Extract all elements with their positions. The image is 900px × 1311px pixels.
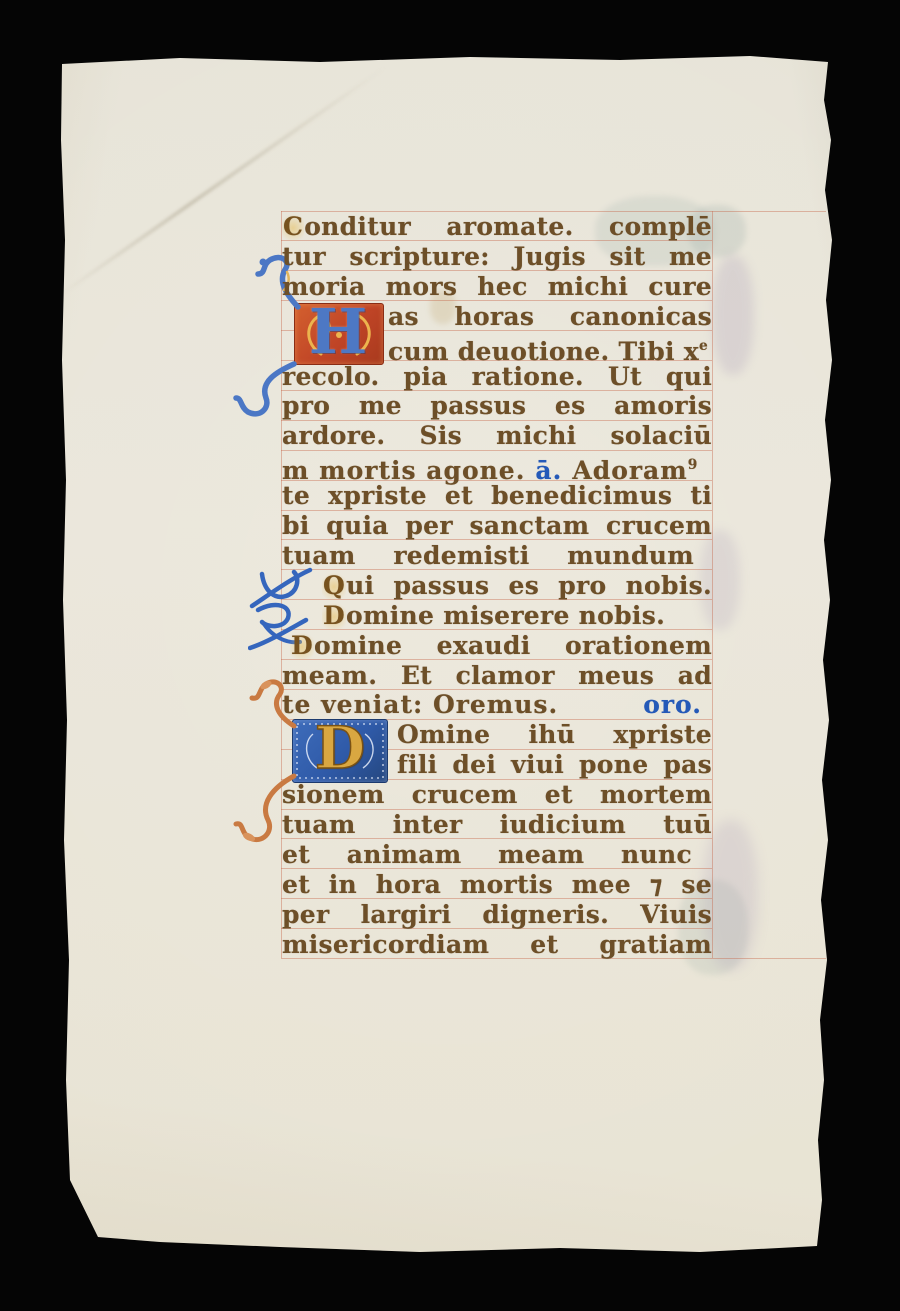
- manuscript-leaf: H D Co: [0, 0, 900, 1311]
- text-line-22: et animam meam nunc: [282, 840, 692, 869]
- ruling-line-vertical: [712, 211, 713, 959]
- text-line-4: as horas canonicas: [388, 302, 712, 331]
- text-line-7: pro me passus es amoris: [282, 391, 712, 420]
- text-line-6: recolo. pia ratione. Ut qui: [282, 362, 712, 391]
- text-line-8: ardore. Sis michi solaciū: [282, 421, 712, 450]
- blue-rubric-mark: oro.: [643, 690, 702, 719]
- text-line-14: Domine miserere nobis.: [322, 601, 666, 630]
- text-line-2: tur scripture: Jugis sit me: [282, 242, 712, 271]
- text-line-3: moria mors hec michi cure: [282, 272, 712, 301]
- text-segment: te veniat: Oremus.: [282, 690, 558, 719]
- text-line-12: tuam redemisti mundum: [282, 541, 694, 570]
- photograph-of-manuscript-leaf: H D Co: [0, 0, 900, 1311]
- text-line-1: Conditur aromate. complē: [282, 212, 712, 241]
- text-line-17: te veniat: Oremus.oro.: [282, 690, 712, 719]
- text-line-20: sionem crucem et mortem: [282, 780, 712, 809]
- text-line-15: Domine exaudi orationem: [290, 631, 712, 660]
- text-line-13: Qui passus es pro nobis.: [322, 571, 712, 600]
- verso-showthrough: [712, 255, 754, 375]
- text-line-19: fili dei viui pone pas: [397, 750, 712, 779]
- text-line-24: per largiri digneris. Viuis: [282, 900, 712, 929]
- text-line-11: bi quia per sanctam crucem: [282, 511, 712, 540]
- text-line-9: m mortis agone.ā.Adoram9: [282, 451, 712, 480]
- text-line-25: misericordiam et gratiam: [282, 930, 712, 959]
- text-line-10: te xpriste et benedicimus ti: [282, 481, 712, 510]
- text-line-16: meam. Et clamor meus ad: [282, 661, 712, 690]
- text-line-21: tuam inter iudicium tuū: [282, 810, 712, 839]
- text-line-5: cum deuotione. Tibi xe: [388, 332, 712, 361]
- text-line-18: Omine ihū xpriste: [397, 720, 712, 749]
- text-line-23: et in hora mortis mee ⁊ se: [282, 870, 712, 899]
